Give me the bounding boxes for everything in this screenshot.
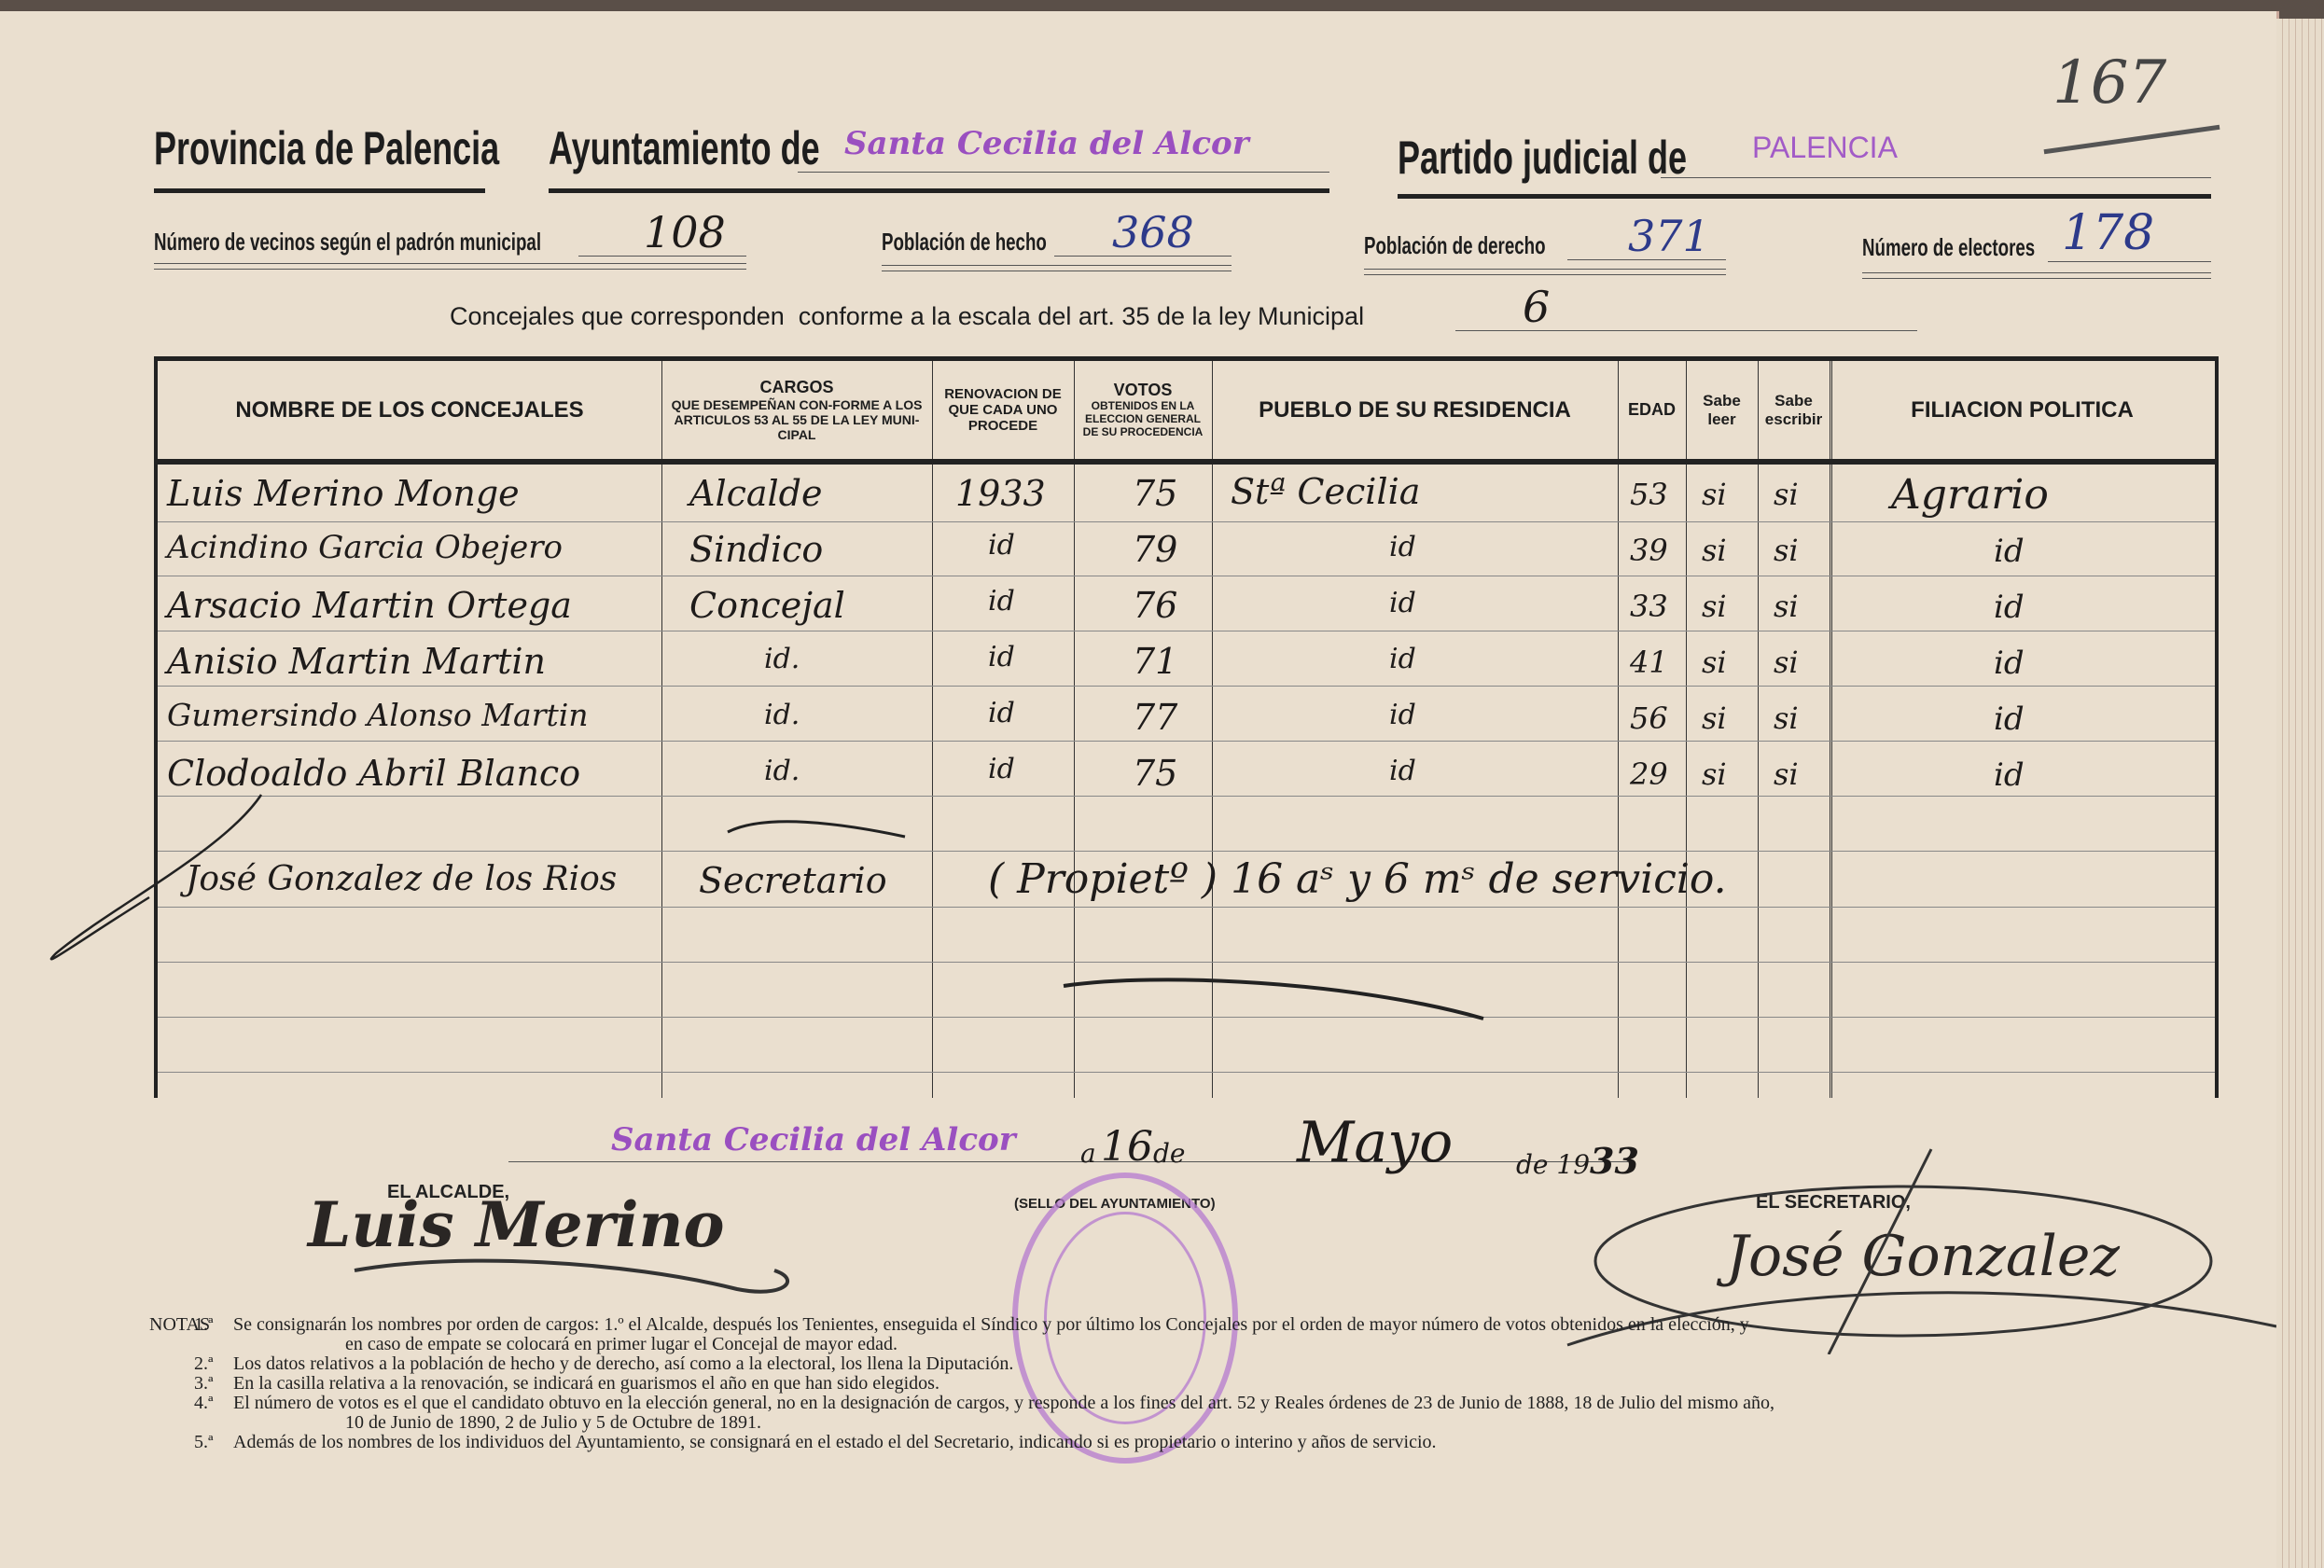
date-day: 16: [1101, 1123, 1153, 1171]
place-stamp: Santa Cecilia del Alcor: [611, 1121, 1016, 1159]
note-text: En la casilla relativa a la renovación, …: [233, 1374, 939, 1394]
date-a: a: [1080, 1138, 1096, 1169]
note-number: 5.ª: [194, 1433, 214, 1452]
book-page-edges: [2276, 19, 2324, 1568]
note-continuation: en caso de empate se colocará en primer …: [345, 1335, 898, 1354]
note-text: Los datos relativos a la población de he…: [233, 1354, 1013, 1374]
note-continuation: 10 de Junio de 1890, 2 de Julio y 5 de O…: [345, 1413, 761, 1433]
alcalde-signature: Luis Merino: [308, 1188, 725, 1261]
note-number: 3.ª: [194, 1374, 214, 1394]
note-number: 2.ª: [194, 1354, 214, 1374]
note-text: Además de los nombres de los individuos …: [233, 1433, 1437, 1452]
date-month: Mayo: [1297, 1110, 1453, 1175]
note-number: 4.ª: [194, 1394, 214, 1413]
date-de: de: [1153, 1138, 1186, 1169]
note-text: Se consignarán los nombres por orden de …: [233, 1315, 1749, 1335]
notes-section: NOTAS 1.ª Se consignarán los nombres por…: [149, 1315, 2239, 1452]
place-line: [508, 1161, 1628, 1162]
note-text: El número de votos es el que el candidat…: [233, 1394, 1774, 1413]
document-page: 167 Provincia de Palencia Ayuntamiento d…: [0, 11, 2279, 1568]
alcalde-flourish: [345, 1252, 812, 1308]
note-number: 1.ª: [194, 1315, 214, 1335]
